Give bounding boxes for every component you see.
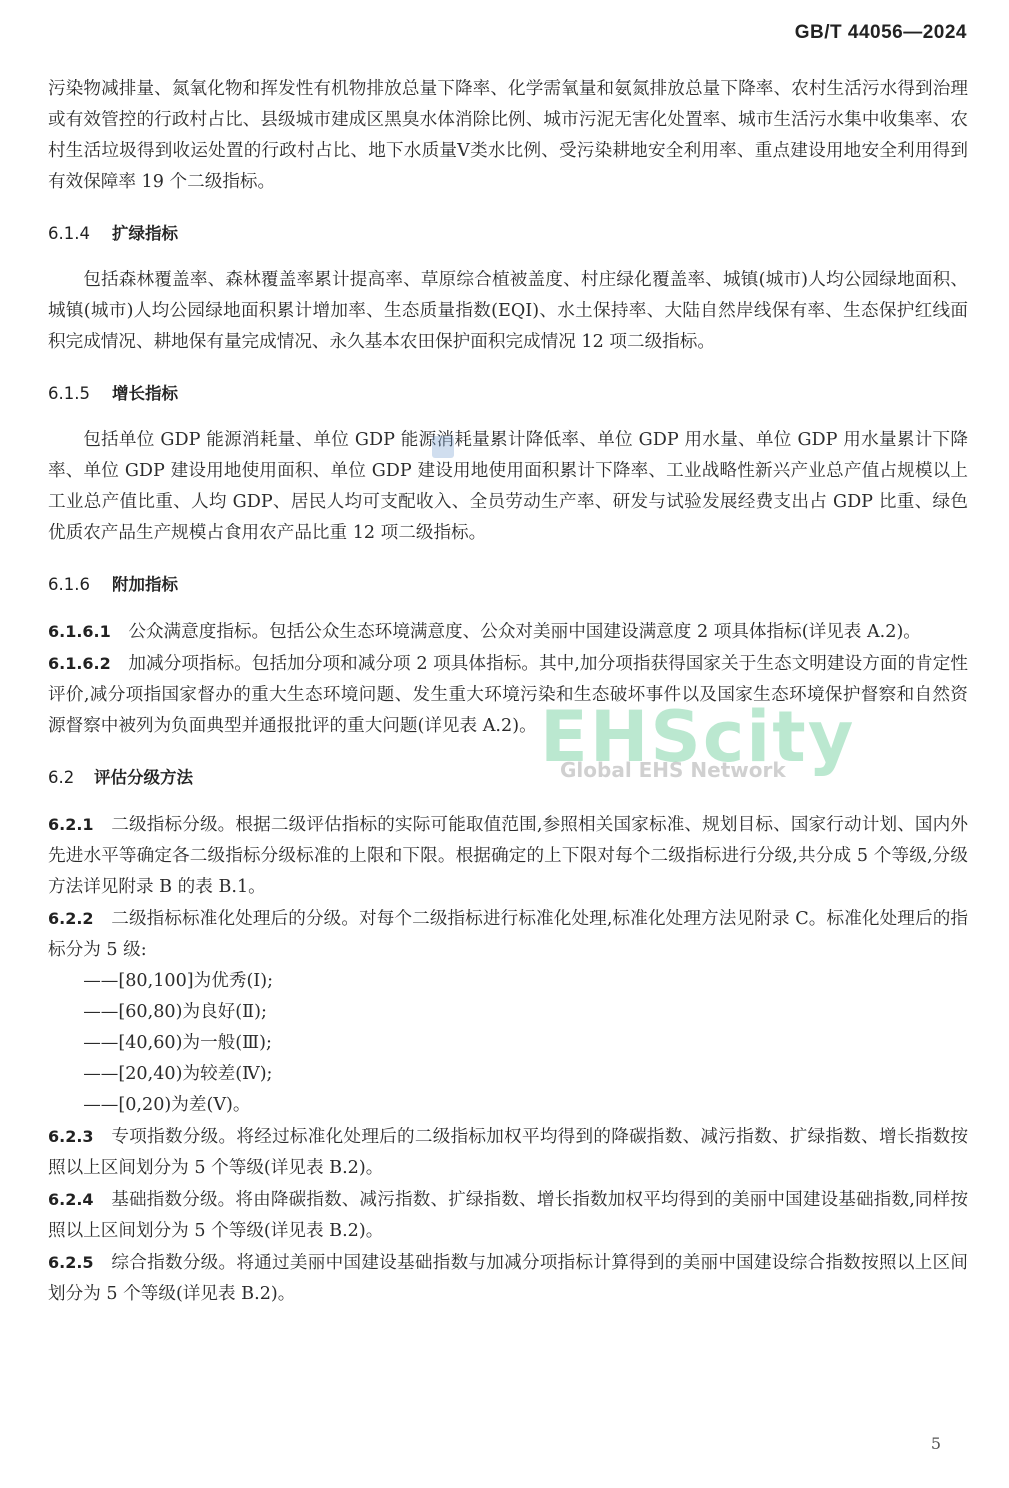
section-heading-6-1-4: 6.1.4扩绿指标	[48, 218, 968, 249]
clause-text: 公众满意度指标。包括公众生态环境满意度、公众对美丽中国建设满意度 2 项具体指标…	[128, 622, 921, 642]
clause-number: 6.2.3	[48, 1127, 94, 1146]
clause-text: 基础指数分级。将由降碳指数、减污指数、扩绿指数、增长指数加权平均得到的美丽中国建…	[48, 1190, 968, 1241]
section-heading-6-1-5: 6.1.5增长指标	[48, 378, 968, 409]
grade-item-average: ——[40,60)为一般(Ⅲ);	[48, 1028, 968, 1059]
clause-6-2-5: 6.2.5综合指数分级。将通过美丽中国建设基础指数与加减分项指标计算得到的美丽中…	[48, 1247, 968, 1310]
clause-6-1-6-1: 6.1.6.1公众满意度指标。包括公众生态环境满意度、公众对美丽中国建设满意度 …	[48, 616, 968, 648]
clause-6-2-3: 6.2.3专项指数分级。将经过标准化处理后的二级指标加权平均得到的降碳指数、减污…	[48, 1121, 968, 1184]
section-heading-6-1-6: 6.1.6附加指标	[48, 569, 968, 600]
clause-number: 6.1.6.1	[48, 622, 111, 641]
clause-6-1-6-2: 6.1.6.2加减分项指标。包括加分项和减分项 2 项具体指标。其中,加分项指获…	[48, 648, 968, 742]
grade-item-bad: ——[0,20)为差(Ⅴ)。	[48, 1090, 968, 1121]
continuation-paragraph: 污染物减排量、氮氧化物和挥发性有机物排放总量下降率、化学需氧量和氨氮排放总量下降…	[48, 74, 968, 198]
section-number: 6.1.5	[48, 378, 112, 409]
clause-number: 6.2.1	[48, 815, 94, 834]
clause-text: 二级指标标准化处理后的分级。对每个二级指标进行标准化处理,标准化处理方法见附录 …	[48, 909, 968, 960]
clause-text: 专项指数分级。将经过标准化处理后的二级指标加权平均得到的降碳指数、减污指数、扩绿…	[48, 1127, 968, 1178]
grade-item-poor: ——[20,40)为较差(Ⅳ);	[48, 1059, 968, 1090]
section-title: 评估分级方法	[94, 768, 193, 787]
clause-number: 6.2.5	[48, 1253, 94, 1272]
section-body-6-1-5: 包括单位 GDP 能源消耗量、单位 GDP 能源消耗量累计降低率、单位 GDP …	[48, 425, 968, 549]
grade-item-excellent: ——[80,100]为优秀(Ⅰ);	[48, 966, 968, 997]
clause-text: 综合指数分级。将通过美丽中国建设基础指数与加减分项指标计算得到的美丽中国建设综合…	[48, 1253, 968, 1304]
clause-number: 6.2.4	[48, 1190, 94, 1209]
page-number: 5	[931, 1434, 941, 1453]
section-title: 增长指标	[112, 384, 178, 403]
clause-text: 二级指标分级。根据二级评估指标的实际可能取值范围,参照相关国家标准、规划目标、国…	[48, 815, 968, 897]
section-number: 6.1.4	[48, 218, 112, 249]
section-number: 6.1.6	[48, 569, 112, 600]
section-number: 6.2	[48, 762, 94, 793]
section-body-6-1-4: 包括森林覆盖率、森林覆盖率累计提高率、草原综合植被盖度、村庄绿化覆盖率、城镇(城…	[48, 265, 968, 358]
grade-item-good: ——[60,80)为良好(Ⅱ);	[48, 997, 968, 1028]
standard-code: GB/T 44056—2024	[795, 22, 967, 44]
section-title: 附加指标	[112, 575, 178, 594]
document-body: 污染物减排量、氮氧化物和挥发性有机物排放总量下降率、化学需氧量和氨氮排放总量下降…	[48, 74, 968, 1310]
clause-number: 6.2.2	[48, 909, 94, 928]
clause-number: 6.1.6.2	[48, 654, 111, 673]
clause-6-2-2: 6.2.2二级指标标准化处理后的分级。对每个二级指标进行标准化处理,标准化处理方…	[48, 903, 968, 966]
grade-list: ——[80,100]为优秀(Ⅰ); ——[60,80)为良好(Ⅱ); ——[40…	[48, 966, 968, 1121]
section-title: 扩绿指标	[112, 224, 178, 243]
clause-6-2-4: 6.2.4基础指数分级。将由降碳指数、减污指数、扩绿指数、增长指数加权平均得到的…	[48, 1184, 968, 1247]
clause-6-2-1: 6.2.1二级指标分级。根据二级评估指标的实际可能取值范围,参照相关国家标准、规…	[48, 809, 968, 903]
section-heading-6-2: 6.2评估分级方法	[48, 762, 968, 793]
clause-text: 加减分项指标。包括加分项和减分项 2 项具体指标。其中,加分项指获得国家关于生态…	[48, 654, 968, 736]
